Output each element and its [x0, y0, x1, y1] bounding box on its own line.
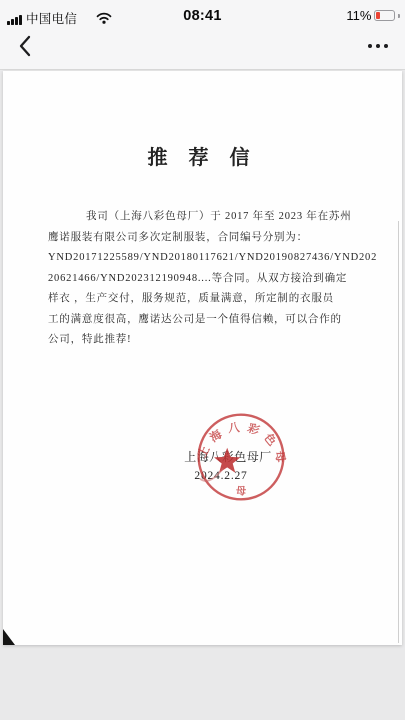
document-body: 我司（上海八彩色母厂）于 2017 年至 2023 年在苏州 鹰诺服装有限公司多… — [48, 207, 374, 351]
doc-line: 我司（上海八彩色母厂）于 2017 年至 2023 年在苏州 — [48, 207, 374, 228]
doc-line: 工的满意度很高，鹰诺达公司是一个值得信赖，可以合作的 — [48, 310, 374, 331]
chevron-left-icon — [10, 49, 42, 66]
battery-icon — [374, 10, 395, 21]
battery-indicator: 11% — [346, 8, 400, 23]
doc-line: 20621466/YND202312190948....等合同。从双方接洽到确定 — [48, 269, 374, 290]
doc-line: 公司，特此推荐! — [48, 330, 374, 351]
page-edge-shadow — [398, 221, 399, 643]
doc-line: 样衣 ，生产交付，服务规范，质量满意，所定制的衣服员 — [48, 289, 374, 310]
seal-bottom-glyph: 母 — [236, 485, 247, 498]
seal-star-icon — [214, 448, 240, 473]
svg-text:上海八彩色母厂: 上海八彩色母厂 — [195, 411, 287, 470]
more-options-button[interactable] — [361, 34, 395, 58]
seal-ring-text: 上海八彩色母厂 — [195, 411, 287, 470]
back-button[interactable] — [10, 30, 42, 62]
ellipsis-icon — [368, 44, 388, 48]
battery-nub — [398, 14, 400, 18]
document-page: 推 荐 信 我司（上海八彩色母厂）于 2017 年至 2023 年在苏州 鹰诺服… — [3, 71, 402, 645]
page-corner-fold — [3, 629, 15, 645]
clock: 08:41 — [0, 8, 405, 24]
document-title: 推 荐 信 — [3, 141, 402, 170]
doc-line: 鹰诺服装有限公司多次定制服装，合同编号分别为： — [48, 228, 374, 249]
document-viewer[interactable]: 推 荐 信 我司（上海八彩色母厂）于 2017 年至 2023 年在苏州 鹰诺服… — [0, 71, 405, 720]
nav-bar — [0, 28, 405, 68]
top-chrome: 中国电信 08:41 11% — [0, 0, 405, 70]
battery-percent-label: 11% — [346, 8, 371, 23]
doc-line: YND20171225589/YND20180117621/YND2019082… — [48, 248, 374, 269]
company-seal-stamp: 上海八彩色母厂 母 — [195, 411, 287, 503]
status-bar: 中国电信 08:41 11% — [0, 0, 405, 28]
phone-screen: 中国电信 08:41 11% — [0, 0, 405, 720]
